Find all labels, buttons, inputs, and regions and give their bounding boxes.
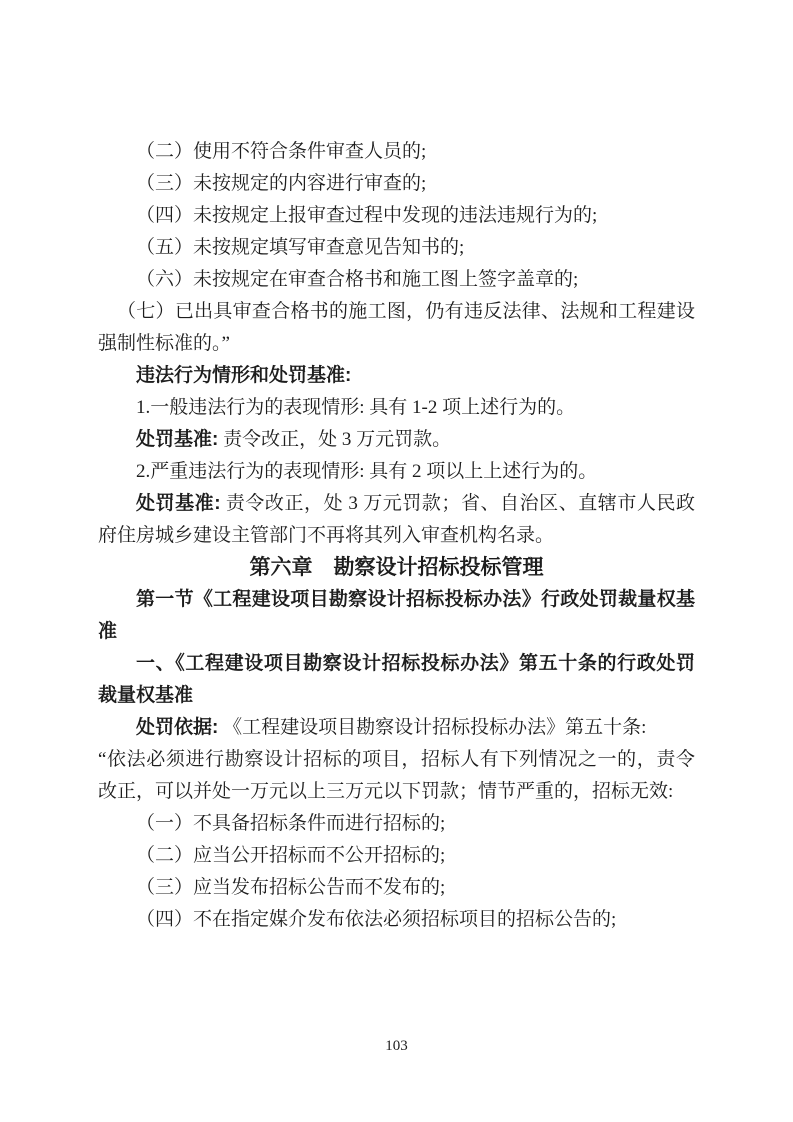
section-title: 第一节《工程建设项目勘察设计招标投标办法》行政处罚裁量权基准 — [98, 584, 695, 648]
quote-paragraph: “依法必须进行勘察设计招标的项目，招标人有下列情况之一的，责令改正，可以并处一万… — [98, 744, 695, 808]
bid-item-2: （二）应当公开招标而不公开招标的; — [98, 840, 695, 872]
penalty-standard-paragraph-1: 处罚基准: 责令改正，处 3 万元罚款。 — [98, 424, 695, 456]
document-body: （二）使用不符合条件审查人员的; （三）未按规定的内容进行审查的; （四）未按规… — [0, 0, 793, 936]
document-page: （二）使用不符合条件审查人员的; （三）未按规定的内容进行审查的; （四）未按规… — [0, 0, 793, 1122]
chapter-title: 第六章 勘察设计招标投标管理 — [98, 552, 695, 584]
clause-item-6: （六）未按规定在审查合格书和施工图上签字盖章的; — [98, 264, 695, 296]
penalty-basis-paragraph: 处罚依据: 《工程建设项目勘察设计招标投标办法》第五十条: — [98, 712, 695, 744]
penalty-section-heading: 违法行为情形和处罚基准: — [98, 360, 695, 392]
penalty-standard-label-1: 处罚基准: — [136, 429, 218, 450]
general-violation-paragraph: 1.一般违法行为的表现情形: 具有 1-2 项上述行为的。 — [98, 392, 695, 424]
penalty-standard-paragraph-2: 处罚基准: 责令改正，处 3 万元罚款；省、自治区、直辖市人民政府住房城乡建设主… — [98, 488, 695, 552]
clause-item-5: （五）未按规定填写审查意见告知书的; — [98, 232, 695, 264]
clause-item-4: （四）未按规定上报审查过程中发现的违法违规行为的; — [98, 200, 695, 232]
severe-violation-paragraph: 2.严重违法行为的表现情形: 具有 2 项以上上述行为的。 — [98, 456, 695, 488]
penalty-standard-text-1: 责令改正，处 3 万元罚款。 — [218, 429, 451, 450]
penalty-basis-label: 处罚依据: — [136, 717, 218, 738]
page-number: 103 — [0, 1036, 793, 1056]
penalty-basis-text: 《工程建设项目勘察设计招标投标办法》第五十条: — [218, 717, 646, 738]
clause-item-2: （二）使用不符合条件审查人员的; — [98, 136, 695, 168]
clause-item-3: （三）未按规定的内容进行审查的; — [98, 168, 695, 200]
bid-item-3: （三）应当发布招标公告而不发布的; — [98, 872, 695, 904]
penalty-standard-label-2: 处罚基准: — [136, 493, 221, 514]
subsection-title: 一、《工程建设项目勘察设计招标投标办法》第五十条的行政处罚裁量权基准 — [98, 648, 695, 712]
bid-item-4: （四）不在指定媒介发布依法必须招标项目的招标公告的; — [98, 904, 695, 936]
clause-item-7: （七）已出具审查合格书的施工图，仍有违反法律、法规和工程建设强制性标准的。” — [98, 296, 695, 360]
bid-item-1: （一）不具备招标条件而进行招标的; — [98, 808, 695, 840]
